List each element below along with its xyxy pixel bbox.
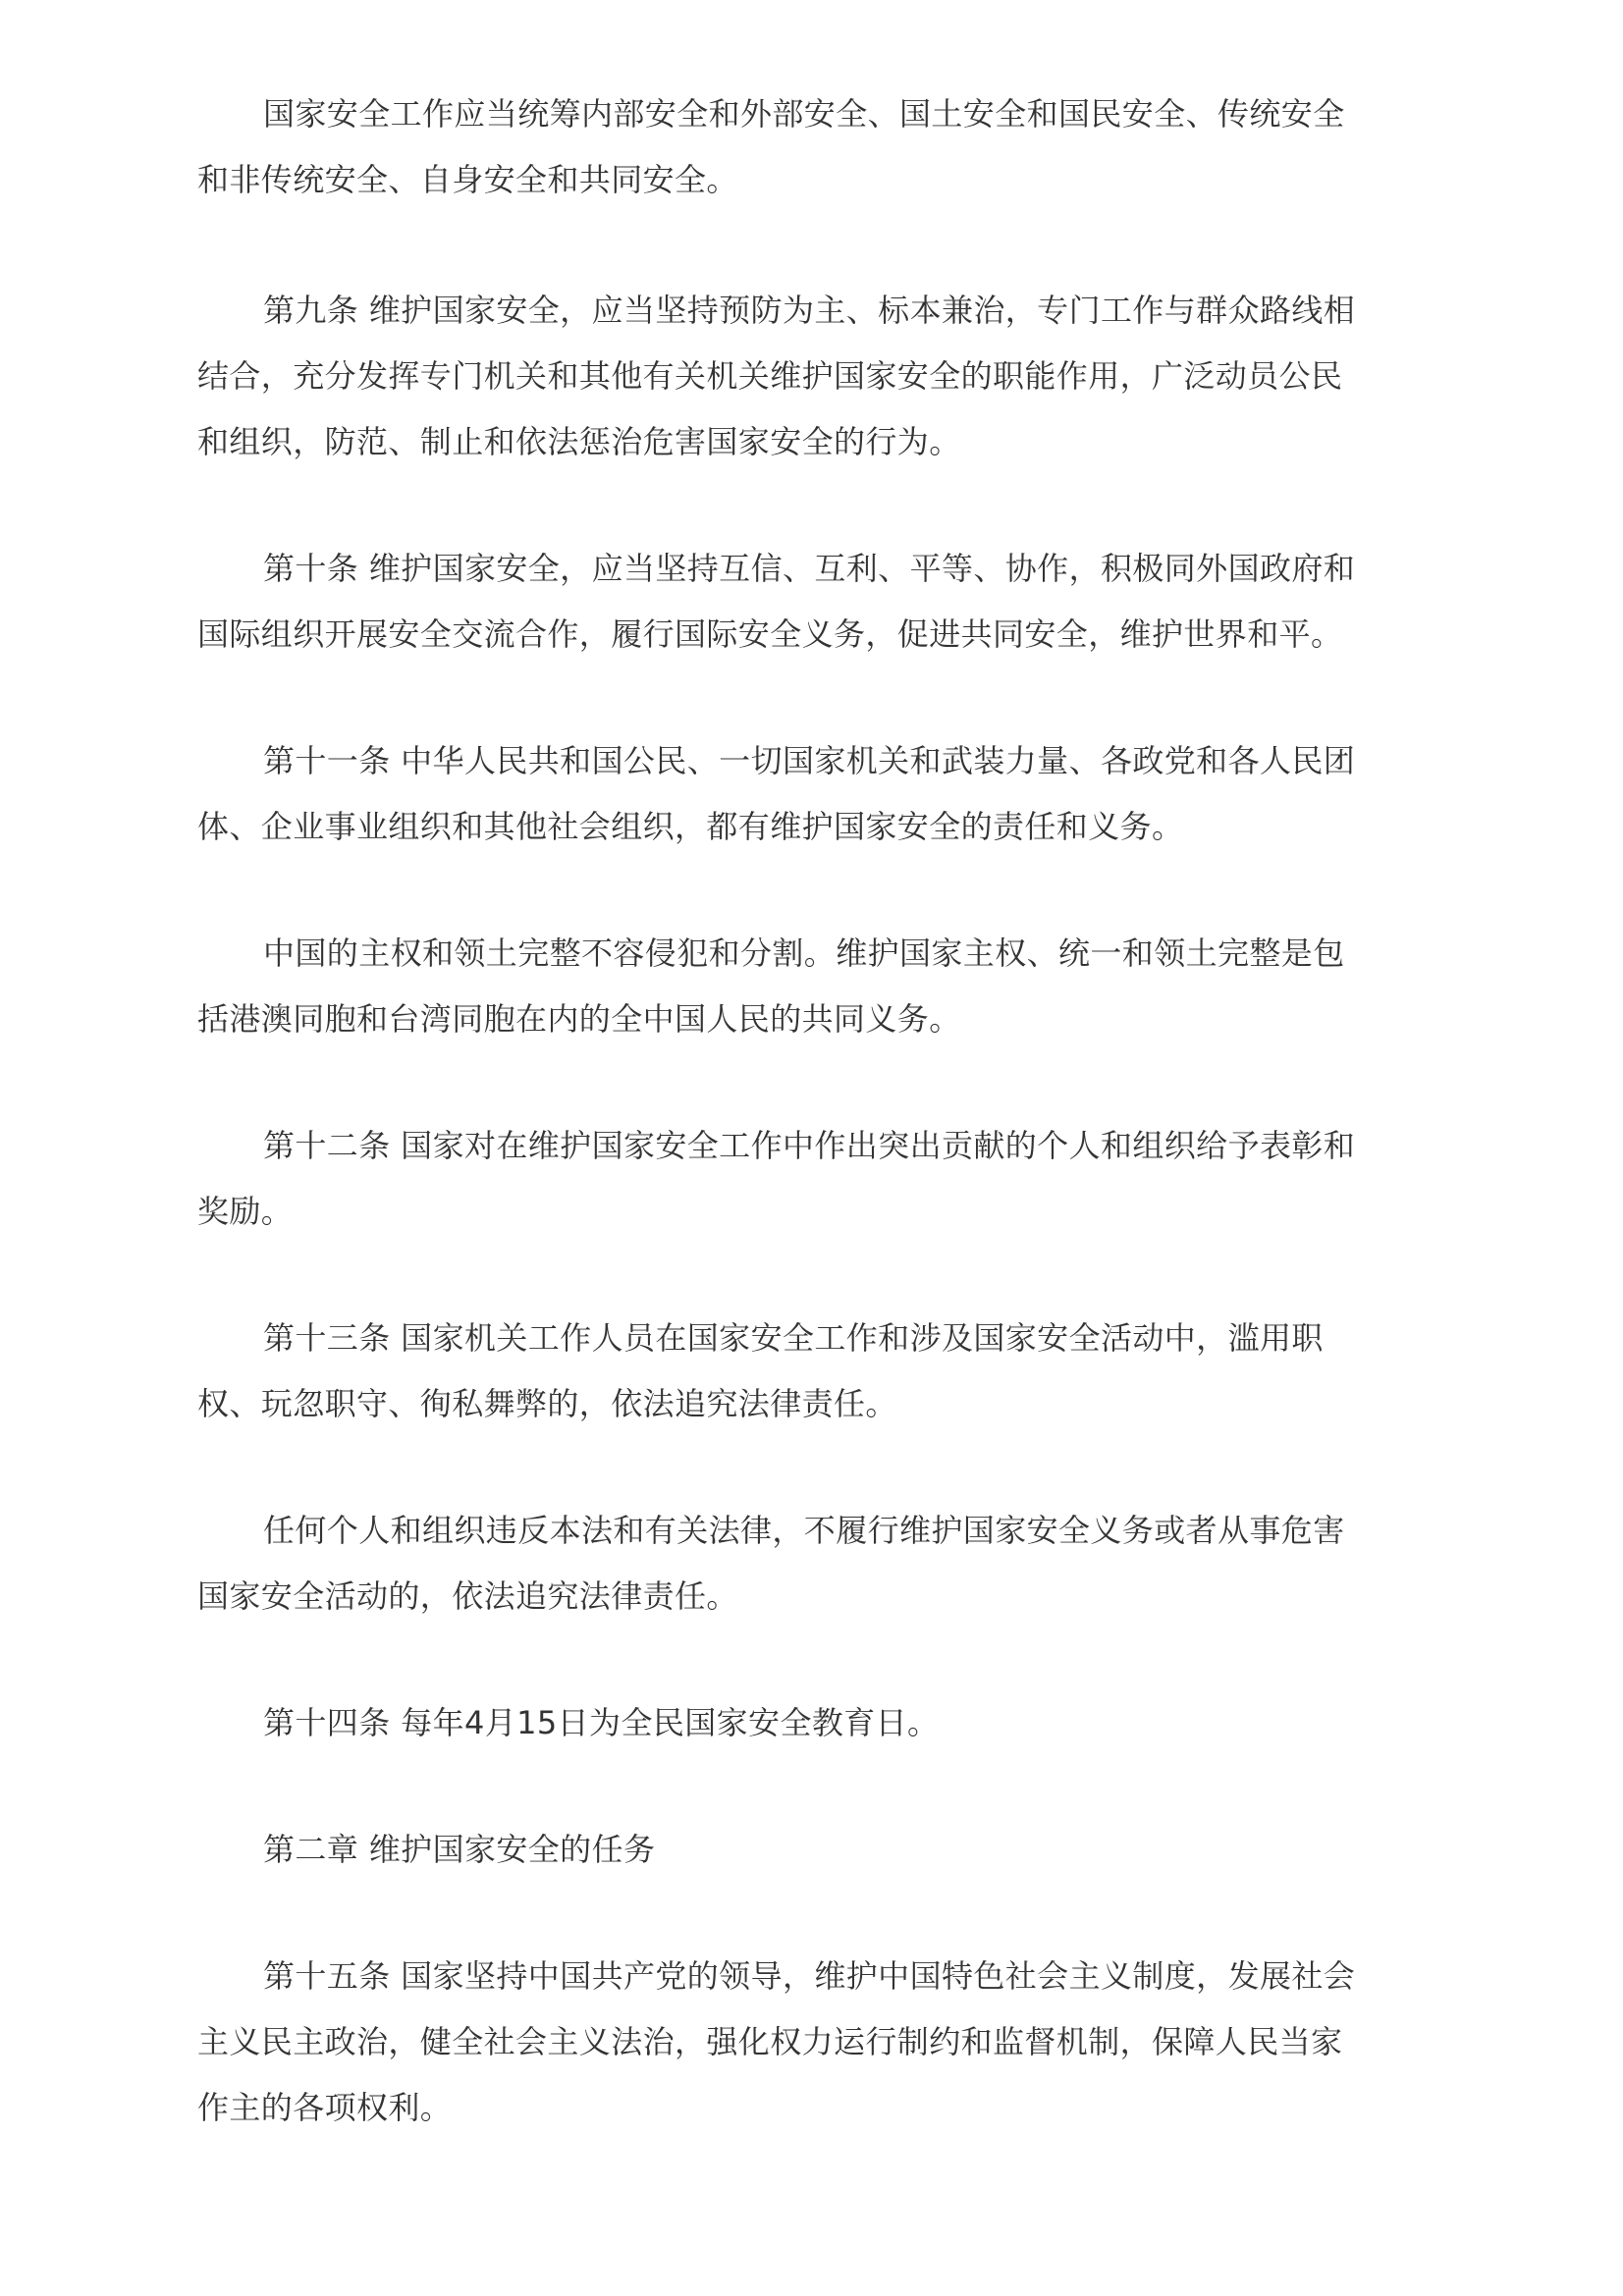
chapter-2-heading: 第二章 维护国家安全的任务 [197,1817,1444,1883]
article-11: 第十一条 中华人民共和国公民、一切国家机关和武装力量、各政党和各人民团 体、企业… [197,728,1444,860]
text-line: 结合，充分发挥专门机关和其他有关机关维护国家安全的职能作用，广泛动员公民 [197,344,1444,409]
text-line: 奖励。 [197,1179,1444,1245]
article-10: 第十条 维护国家安全，应当坚持互信、互利、平等、协作，积极同外国政府和 国际组织… [197,536,1444,667]
article-9: 第九条 维护国家安全，应当坚持预防为主、标本兼治，专门工作与群众路线相 结合，充… [197,278,1444,475]
text-line: 第十二条 国家对在维护国家安全工作中作出突出贡献的个人和组织给予表彰和 [197,1113,1444,1179]
article-12: 第十二条 国家对在维护国家安全工作中作出突出贡献的个人和组织给予表彰和 奖励。 [197,1113,1444,1245]
text-line: 任何个人和组织违反本法和有关法律，不履行维护国家安全义务或者从事危害 [197,1498,1444,1564]
text-line: 括港澳同胞和台湾同胞在内的全中国人民的共同义务。 [197,987,1444,1052]
chapter-heading: 第二章 维护国家安全的任务 [197,1817,1444,1883]
text-line: 主义民主政治，健全社会主义法治，强化权力运行制约和监督机制，保障人民当家 [197,2009,1444,2075]
text-line: 第九条 维护国家安全，应当坚持预防为主、标本兼治，专门工作与群众路线相 [197,278,1444,344]
text-line: 第十五条 国家坚持中国共产党的领导，维护中国特色社会主义制度，发展社会 [197,1944,1444,2009]
text-line: 和非传统安全、自身安全和共同安全。 [197,147,1444,213]
text-line: 国家安全工作应当统筹内部安全和外部安全、国土安全和国民安全、传统安全 [197,81,1444,147]
article-15: 第十五条 国家坚持中国共产党的领导，维护中国特色社会主义制度，发展社会 主义民主… [197,1944,1444,2141]
text-line: 作主的各项权利。 [197,2075,1444,2141]
article-13-paragraph-2: 任何个人和组织违反本法和有关法律，不履行维护国家安全义务或者从事危害 国家安全活… [197,1498,1444,1629]
text-line: 和组织，防范、制止和依法惩治危害国家安全的行为。 [197,409,1444,475]
paragraph-security-coordination: 国家安全工作应当统筹内部安全和外部安全、国土安全和国民安全、传统安全 和非传统安… [197,81,1444,213]
article-11-paragraph-2: 中国的主权和领土完整不容侵犯和分割。维护国家主权、统一和领土完整是包 括港澳同胞… [197,921,1444,1052]
text-line: 第十四条 每年4月15日为全民国家安全教育日。 [197,1690,1444,1756]
text-line: 权、玩忽职守、徇私舞弊的，依法追究法律责任。 [197,1371,1444,1437]
text-line: 第十一条 中华人民共和国公民、一切国家机关和武装力量、各政党和各人民团 [197,728,1444,794]
text-line: 中国的主权和领土完整不容侵犯和分割。维护国家主权、统一和领土完整是包 [197,921,1444,987]
text-line: 体、企业事业组织和其他社会组织，都有维护国家安全的责任和义务。 [197,794,1444,860]
text-line: 国际组织开展安全交流合作，履行国际安全义务，促进共同安全，维护世界和平。 [197,602,1444,667]
text-line: 国家安全活动的，依法追究法律责任。 [197,1564,1444,1629]
text-line: 第十三条 国家机关工作人员在国家安全工作和涉及国家安全活动中，滥用职 [197,1306,1444,1371]
article-13: 第十三条 国家机关工作人员在国家安全工作和涉及国家安全活动中，滥用职 权、玩忽职… [197,1306,1444,1437]
document-page: 国家安全工作应当统筹内部安全和外部安全、国土安全和国民安全、传统安全 和非传统安… [197,81,1444,2202]
article-14: 第十四条 每年4月15日为全民国家安全教育日。 [197,1690,1444,1756]
text-line: 第十条 维护国家安全，应当坚持互信、互利、平等、协作，积极同外国政府和 [197,536,1444,602]
